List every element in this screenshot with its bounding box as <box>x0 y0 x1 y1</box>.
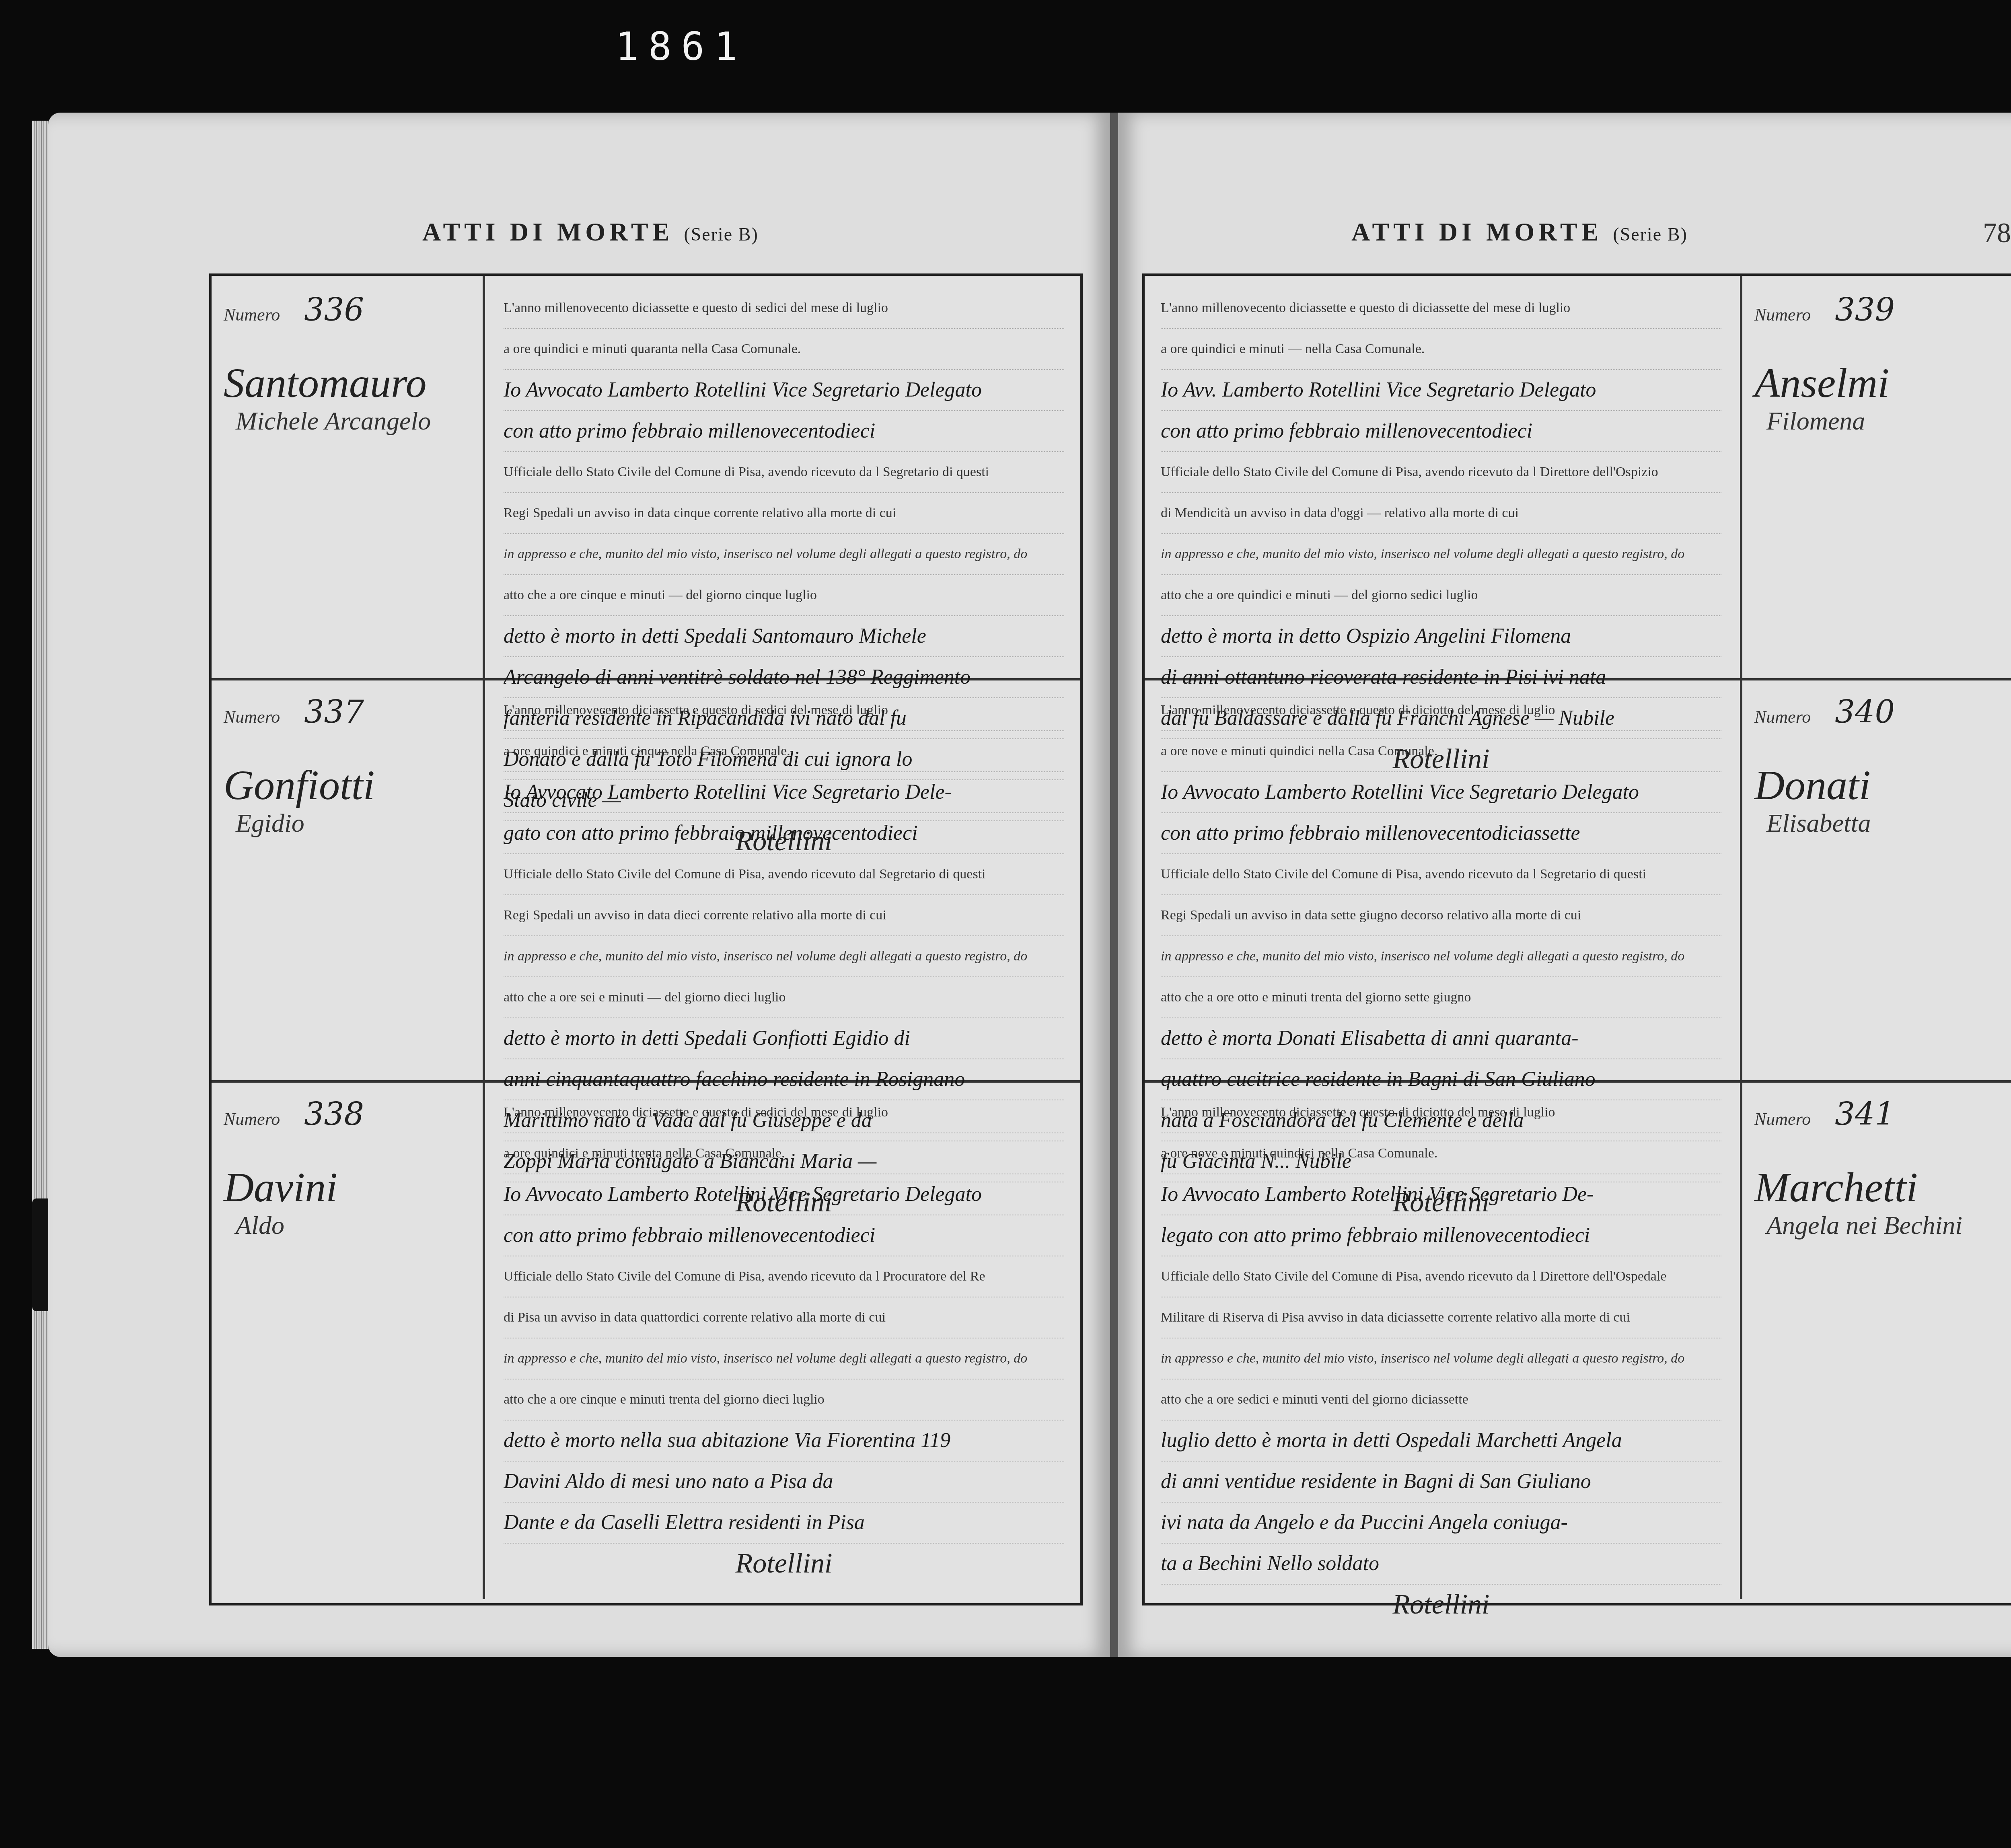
record-text: L'anno millenovecento diciassette e ques… <box>487 276 1080 678</box>
death-record: Numero338 Davini Aldo L'anno millenovece… <box>212 1080 1080 1599</box>
record-index-cell: Numero339 Anselmi Filomena <box>1740 276 2011 678</box>
left-page: ATTI DI MORTE (Serie B) Numero336 Santom… <box>48 113 1110 1657</box>
deceased-surname: Marchetti <box>1754 1165 2001 1211</box>
deceased-surname: Anselmi <box>1754 360 2001 406</box>
serie-label: (Serie B) <box>684 224 758 245</box>
death-record: L'anno millenovecento diciassette e ques… <box>1145 678 2011 1083</box>
record-text: L'anno millenovecento diciassette e ques… <box>1145 678 1738 1080</box>
record-text: L'anno millenovecento diciassette e ques… <box>487 1080 1080 1599</box>
deceased-surname: Donati <box>1754 763 2001 808</box>
record-index-cell: Numero337 Gonfiotti Egidio <box>212 678 485 1080</box>
deceased-given-names: Elisabetta <box>1766 808 2001 838</box>
death-record: L'anno millenovecento diciassette e ques… <box>1145 276 2011 680</box>
page-number: 78. <box>1983 217 2011 249</box>
record-text: L'anno millenovecento diciassette e ques… <box>487 678 1080 1080</box>
deceased-given-names: Egidio <box>236 808 471 838</box>
right-register-table: L'anno millenovecento diciassette e ques… <box>1142 273 2011 1605</box>
serie-label: (Serie B) <box>1613 224 1687 245</box>
page-title: ATTI DI MORTE <box>422 218 673 246</box>
deceased-surname: Santomauro <box>224 360 471 406</box>
deceased-given-names: Angela nei Bechini <box>1766 1211 2001 1240</box>
deceased-given-names: Michele Arcangelo <box>236 406 471 436</box>
record-text: L'anno millenovecento diciassette e ques… <box>1145 276 1738 678</box>
record-number: Numero336 <box>224 292 471 328</box>
right-page: ATTI DI MORTE (Serie B) 78. L'anno mille… <box>1118 113 2011 1657</box>
right-page-header: ATTI DI MORTE (Serie B) <box>1351 217 1688 247</box>
record-number: Numero341 <box>1754 1096 2001 1133</box>
record-index-cell: Numero336 Santomauro Michele Arcangelo <box>212 276 485 678</box>
death-record: L'anno millenovecento diciassette e ques… <box>1145 1080 2011 1599</box>
record-text: L'anno millenovecento diciassette e ques… <box>1145 1080 1738 1599</box>
death-record: Numero337 Gonfiotti Egidio L'anno millen… <box>212 678 1080 1083</box>
officer-signature: Rotellini <box>504 1544 1064 1584</box>
record-index-cell: Numero338 Davini Aldo <box>212 1080 485 1599</box>
frame-year-label: 1861 <box>615 24 747 69</box>
deceased-given-names: Filomena <box>1766 406 2001 436</box>
record-index-cell: Numero341 Marchetti Angela nei Bechini <box>1740 1080 2011 1599</box>
deceased-surname: Davini <box>224 1165 471 1211</box>
record-index-cell: Numero340 Donati Elisabetta <box>1740 678 2011 1080</box>
record-number: Numero339 <box>1754 292 2001 328</box>
deceased-surname: Gonfiotti <box>224 763 471 808</box>
book-gutter <box>1110 113 1118 1657</box>
left-page-header: ATTI DI MORTE (Serie B) <box>422 217 759 247</box>
death-record: Numero336 Santomauro Michele Arcangelo L… <box>212 276 1080 680</box>
record-number: Numero340 <box>1754 694 2001 730</box>
left-register-table: Numero336 Santomauro Michele Arcangelo L… <box>209 273 1083 1605</box>
record-number: Numero338 <box>224 1096 471 1133</box>
deceased-given-names: Aldo <box>236 1211 471 1240</box>
page-title: ATTI DI MORTE <box>1351 218 1602 246</box>
record-number: Numero337 <box>224 694 471 730</box>
open-register-book: ATTI DI MORTE (Serie B) Numero336 Santom… <box>32 113 2011 1657</box>
officer-signature: Rotellini <box>1161 1585 1721 1625</box>
